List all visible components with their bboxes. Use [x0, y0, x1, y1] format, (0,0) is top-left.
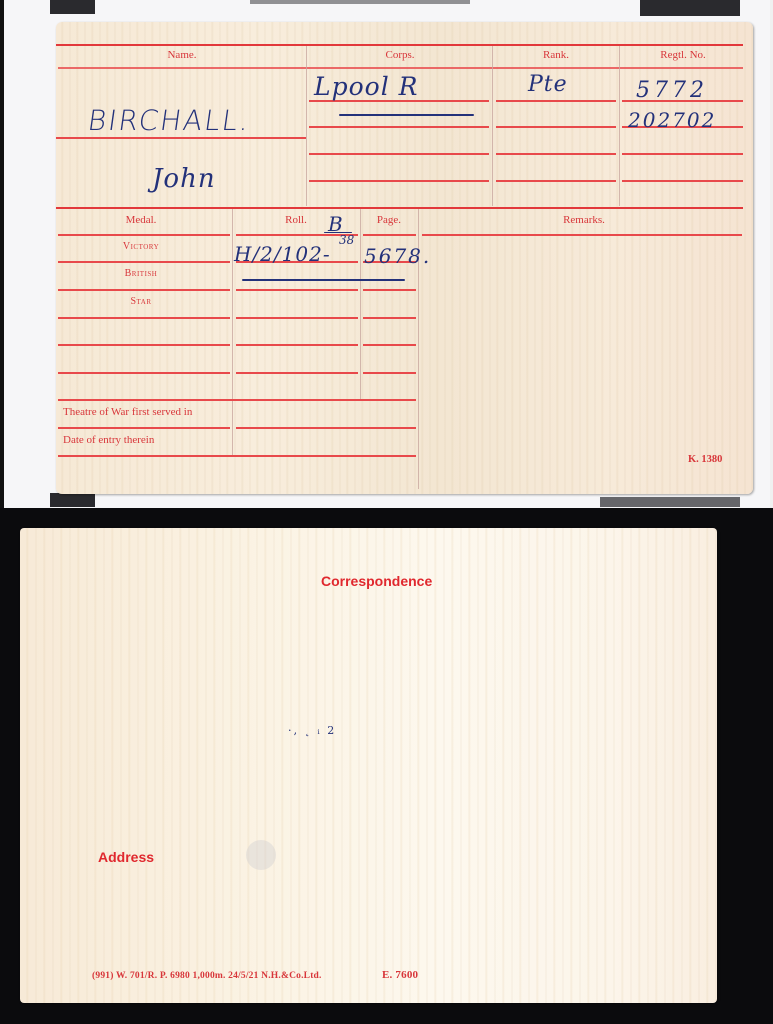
rule	[236, 372, 358, 374]
column-divider	[492, 46, 493, 206]
rule	[58, 289, 230, 291]
rule	[496, 153, 616, 155]
column-divider	[360, 209, 361, 399]
forename-handwritten: John	[152, 164, 216, 194]
roll-handwritten: H/2/102-	[234, 242, 331, 266]
scanner-clip-mark	[640, 0, 740, 16]
rule	[309, 180, 489, 182]
header-page: Page.	[377, 214, 401, 226]
rule	[58, 455, 416, 457]
rule	[363, 234, 416, 236]
rule	[236, 427, 416, 429]
rule	[58, 234, 230, 236]
ditto-ink-line	[242, 279, 405, 281]
rule	[622, 153, 743, 155]
rule	[58, 427, 230, 429]
regtl-no-1-handwritten: 5772	[636, 78, 708, 103]
ditto-ink-line	[339, 114, 474, 116]
column-divider	[232, 209, 233, 455]
rule	[363, 372, 416, 374]
rule	[56, 137, 306, 139]
header-name: Name.	[167, 49, 196, 61]
scanner-clip-mark	[50, 0, 95, 14]
rule	[363, 344, 416, 346]
rule	[622, 180, 743, 182]
rule	[496, 126, 616, 128]
rule	[58, 67, 743, 69]
rule	[58, 261, 230, 263]
rule	[363, 289, 416, 291]
rule	[58, 317, 230, 319]
printer-code: E. 7600	[382, 969, 418, 981]
medal-index-card-back: Correspondence ·‚ ˛ ᵢ 2 Address (991) W.…	[20, 528, 717, 1003]
surname-handwritten: BIRCHALL.	[86, 104, 253, 137]
header-corps: Corps.	[385, 49, 414, 61]
rule	[496, 100, 616, 102]
scanner-clip-mark	[50, 493, 95, 507]
medal-british: British	[125, 268, 158, 279]
rule	[309, 153, 489, 155]
address-label: Address	[98, 849, 154, 865]
correspondence-label: Correspondence	[321, 573, 432, 589]
header-remarks: Remarks.	[563, 214, 605, 226]
rank-handwritten: Pte	[528, 72, 568, 97]
pencil-marks: ·‚ ˛ ᵢ 2	[288, 724, 336, 737]
form-number: K. 1380	[688, 454, 722, 465]
rule	[56, 207, 743, 209]
rule	[236, 344, 358, 346]
theatre-of-war-label: Theatre of War first served in	[63, 406, 192, 418]
faint-stamp-mark	[246, 840, 276, 870]
rule	[58, 372, 230, 374]
regtl-no-2-handwritten: 202702	[628, 108, 716, 132]
rule	[236, 289, 358, 291]
header-roll: Roll.	[285, 214, 307, 226]
medal-victory: Victory	[123, 241, 159, 252]
date-of-entry-label: Date of entry therein	[63, 434, 154, 446]
scan-edge	[0, 0, 4, 508]
roll-subscript-handwritten: 38	[339, 233, 354, 247]
rule	[58, 344, 230, 346]
column-divider	[619, 46, 620, 206]
rule	[58, 399, 416, 401]
medal-index-card-front: Name. Corps. Rank. Regtl. No. BIRCHALL. …	[56, 22, 753, 494]
rule	[309, 126, 489, 128]
scanner-clip-mark	[600, 497, 740, 507]
rule	[363, 317, 416, 319]
header-medal: Medal.	[126, 214, 157, 226]
rule	[496, 180, 616, 182]
column-divider	[306, 46, 307, 206]
rule	[422, 234, 742, 236]
header-regtl-no: Regtl. No.	[660, 49, 706, 61]
header-rank: Rank.	[543, 49, 569, 61]
medal-star: Star	[130, 296, 151, 307]
printer-imprint: (991) W. 701/R. P. 6980 1,000m. 24/5/21 …	[92, 971, 322, 981]
rule	[56, 44, 743, 46]
page-handwritten: 5678.	[364, 244, 431, 268]
scanner-clip-mark	[250, 0, 470, 4]
rule	[236, 317, 358, 319]
corps-handwritten: Lpool R	[314, 72, 418, 101]
